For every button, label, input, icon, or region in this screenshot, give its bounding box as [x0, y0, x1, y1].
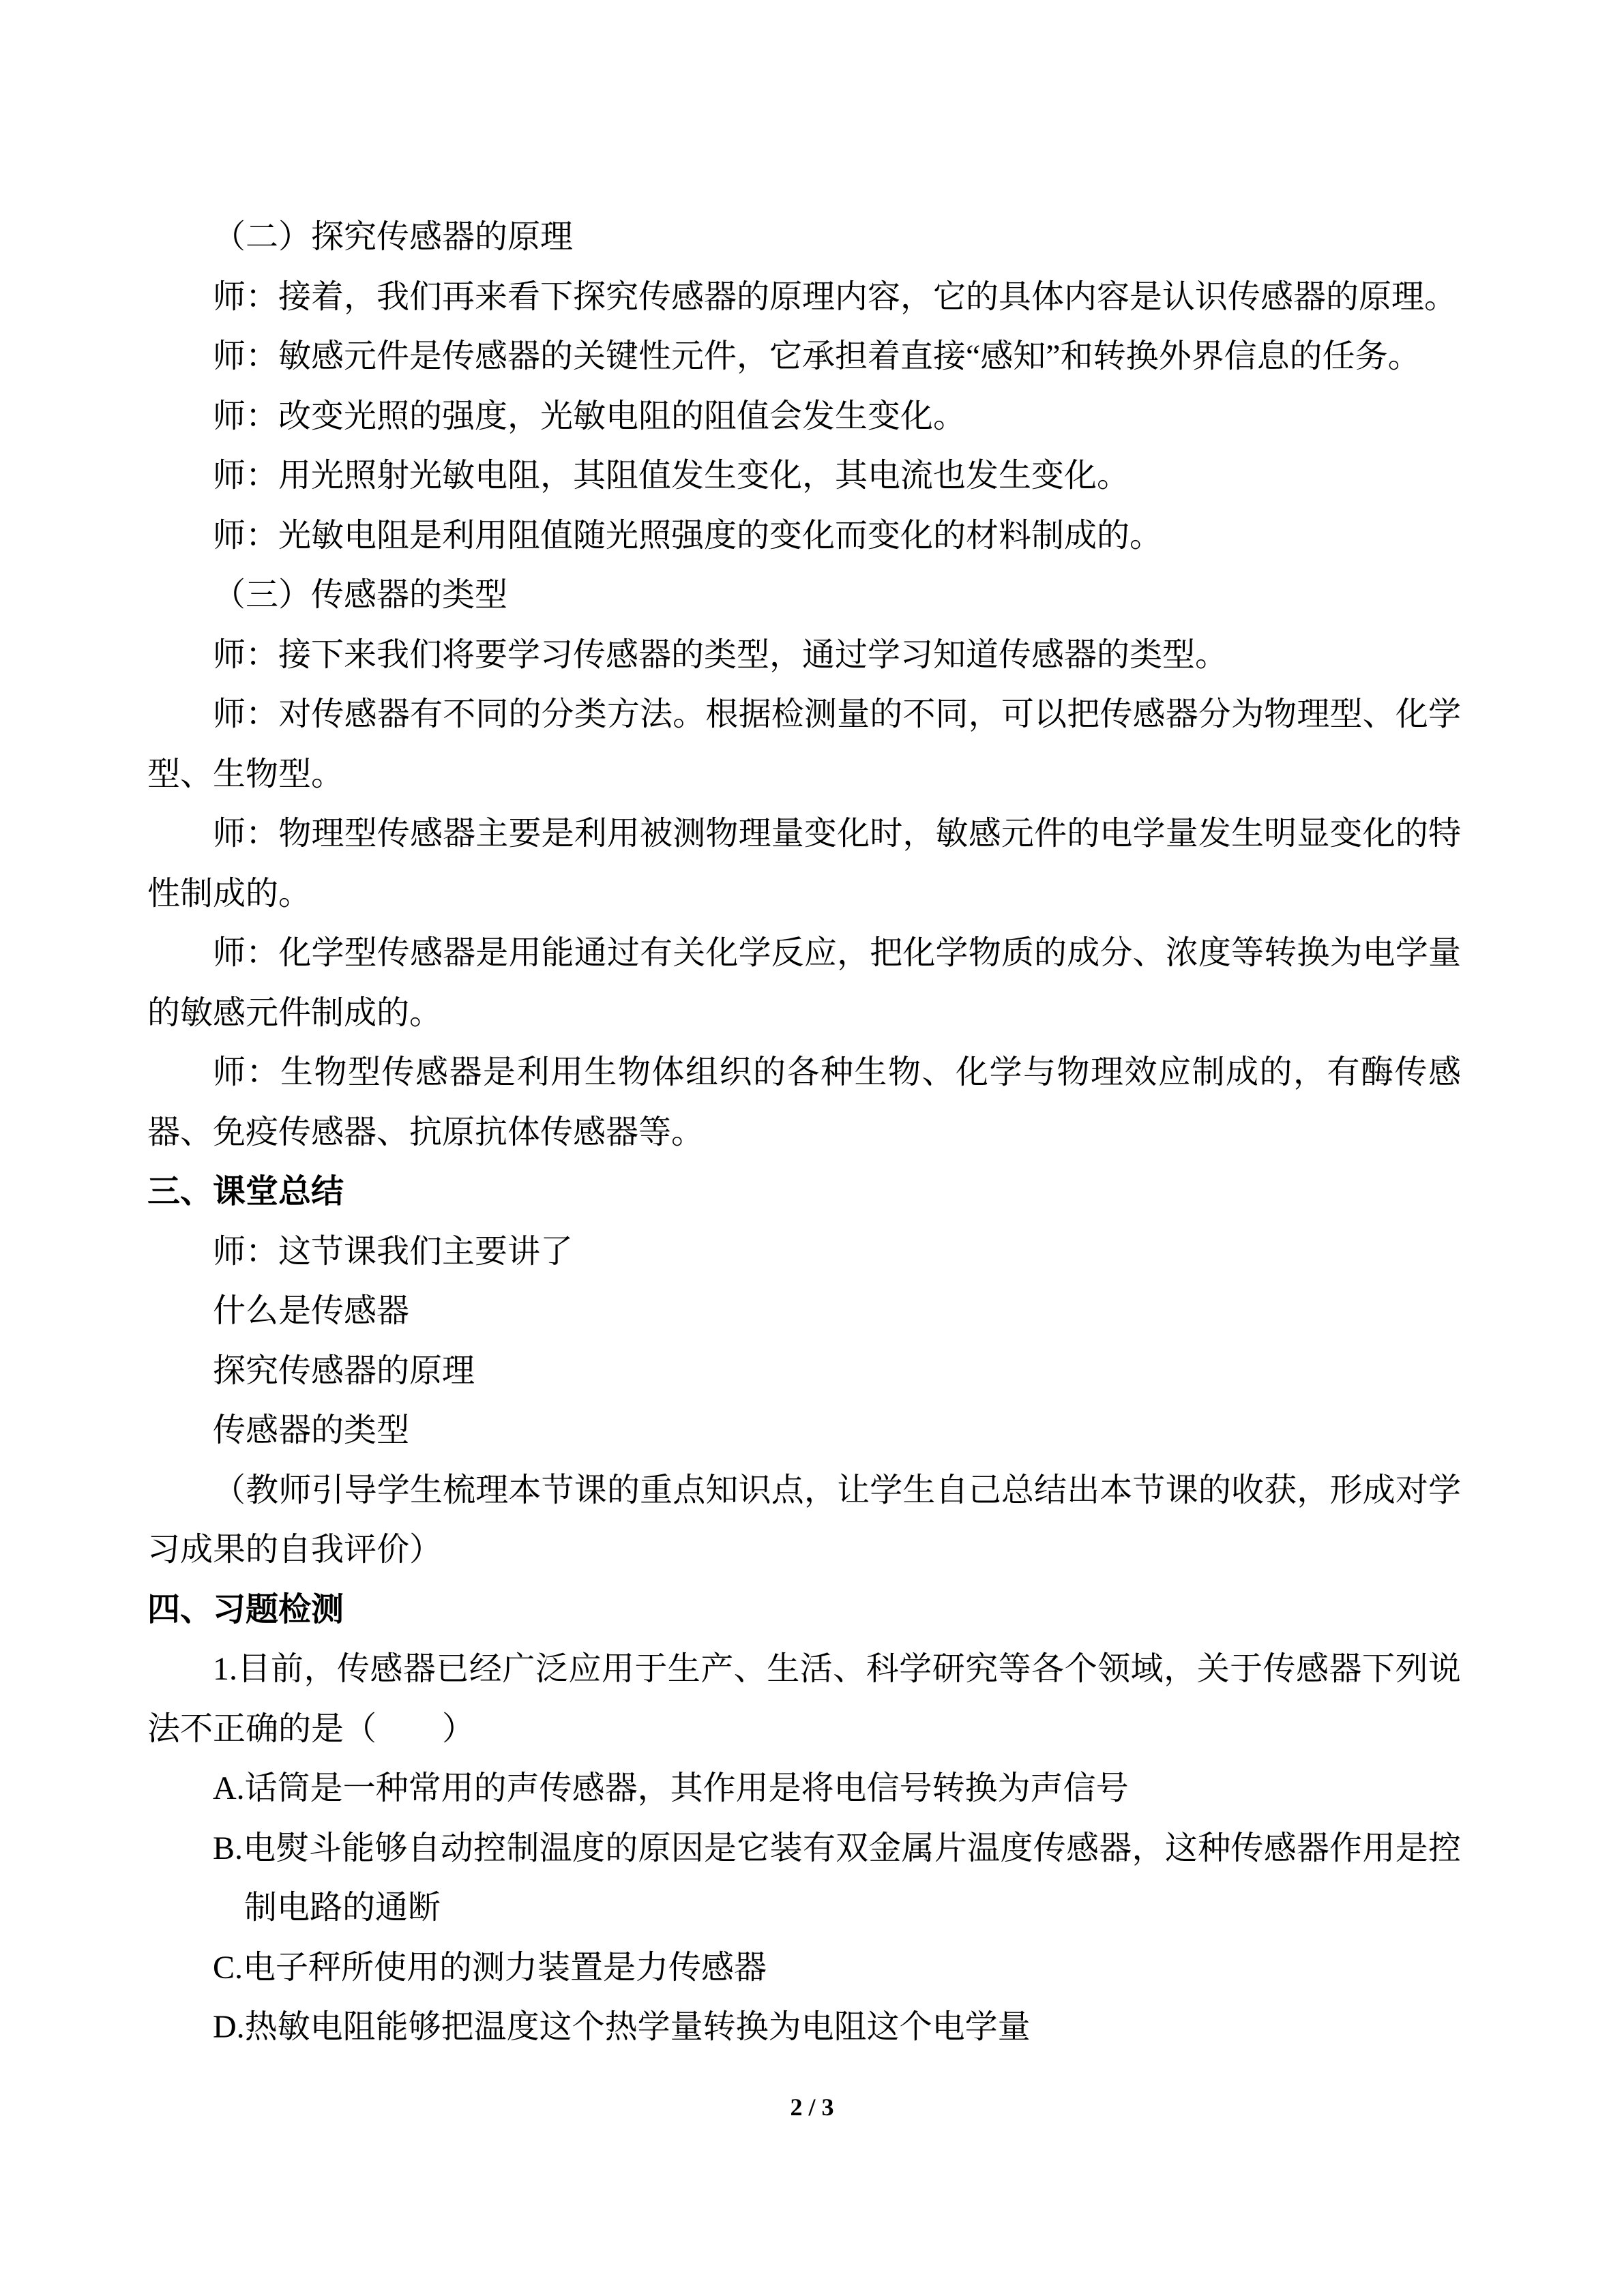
text-line: 型、生物型。	[147, 745, 1461, 805]
text-line: 习成果的自我评价）	[147, 1520, 1461, 1580]
text-line: 师：接着，我们再来看下探究传感器的原理内容，它的具体内容是认识传感器的原理。	[147, 267, 1461, 327]
subsection-heading: （二）探究传感器的原理	[147, 207, 1461, 267]
text-line: 师：接下来我们将要学习传感器的类型，通过学习知道传感器的类型。	[147, 625, 1461, 685]
option-c-line: C.电子秤所使用的测力装置是力传感器	[147, 1938, 1461, 1998]
text-line: 师：生物型传感器是利用生物体组织的各种生物、化学与物理效应制成的，有酶传感	[147, 1043, 1461, 1103]
text-line: 什么是传感器	[147, 1281, 1461, 1341]
page-number: 2 / 3	[0, 2081, 1624, 2133]
text-line: 师：敏感元件是传感器的关键性元件，它承担着直接“感知”和转换外界信息的任务。	[147, 327, 1461, 387]
option-b-line-continued: 制电路的通断	[147, 1878, 1461, 1938]
document-page: （二）探究传感器的原理 师：接着，我们再来看下探究传感器的原理内容，它的具体内容…	[0, 0, 1624, 2296]
section-heading-summary: 三、课堂总结	[147, 1162, 1461, 1222]
option-a-line: A.话筒是一种常用的声传感器，其作用是将电信号转换为声信号	[147, 1759, 1461, 1819]
text-line: 探究传感器的原理	[147, 1341, 1461, 1401]
text-line: 器、免疫传感器、抗原抗体传感器等。	[147, 1103, 1461, 1163]
text-line: 的敏感元件制成的。	[147, 983, 1461, 1043]
text-line: 师：化学型传感器是用能通过有关化学反应，把化学物质的成分、浓度等转换为电学量	[147, 923, 1461, 983]
option-d-line: D.热敏电阻能够把温度这个热学量转换为电阻这个电学量	[147, 1997, 1461, 2057]
option-b-line: B.电熨斗能够自动控制温度的原因是它装有双金属片温度传感器，这种传感器作用是控	[147, 1819, 1461, 1879]
section-heading-exercises: 四、习题检测	[147, 1580, 1461, 1640]
text-line: 师：物理型传感器主要是利用被测物理量变化时，敏感元件的电学量发生明显变化的特	[147, 804, 1461, 864]
subsection-heading: （三）传感器的类型	[147, 565, 1461, 625]
text-line: 传感器的类型	[147, 1401, 1461, 1461]
question-line: 1.目前，传感器已经广泛应用于生产、生活、科学研究等各个领域，关于传感器下列说	[147, 1639, 1461, 1699]
text-line: 师：这节课我们主要讲了	[147, 1222, 1461, 1282]
text-line: 师：改变光照的强度，光敏电阻的阻值会发生变化。	[147, 387, 1461, 447]
text-line: （教师引导学生梳理本节课的重点知识点，让学生自己总结出本节课的收获，形成对学	[147, 1461, 1461, 1521]
document-body: （二）探究传感器的原理 师：接着，我们再来看下探究传感器的原理内容，它的具体内容…	[147, 207, 1461, 2057]
text-line: 师：用光照射光敏电阻，其阻值发生变化，其电流也发生变化。	[147, 446, 1461, 506]
text-line: 师：对传感器有不同的分类方法。根据检测量的不同，可以把传感器分为物理型、化学	[147, 685, 1461, 745]
text-line: 性制成的。	[147, 864, 1461, 924]
text-line: 师：光敏电阻是利用阻值随光照强度的变化而变化的材料制成的。	[147, 506, 1461, 566]
question-line: 法不正确的是（ ）	[147, 1699, 1461, 1759]
